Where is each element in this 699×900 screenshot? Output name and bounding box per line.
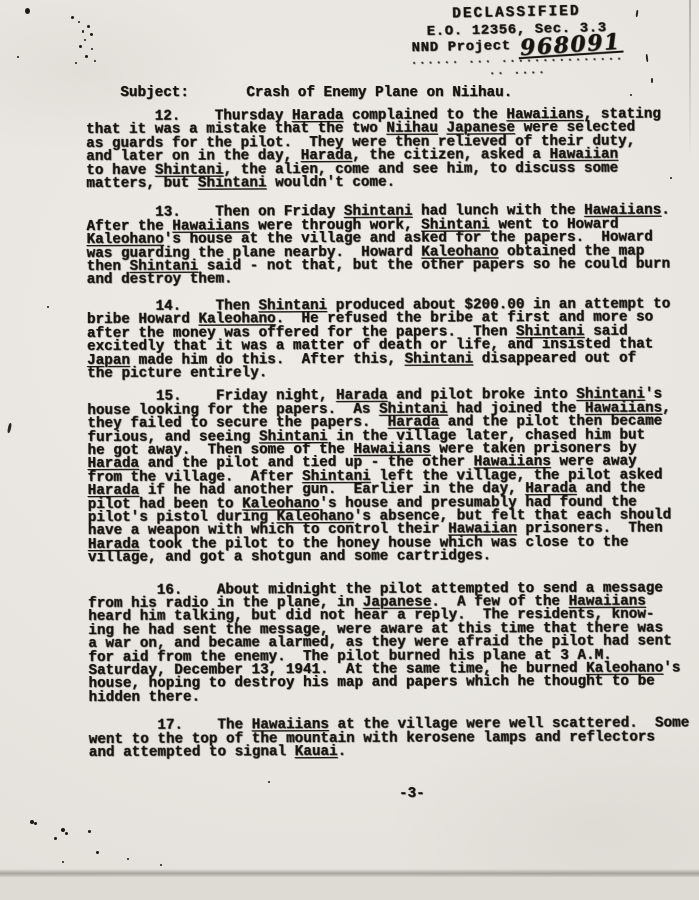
page-number: -3- <box>399 786 425 802</box>
ink-speck <box>85 55 88 58</box>
ink-speck <box>88 830 91 833</box>
subject-label: Subject: <box>120 86 246 100</box>
stamp-project-line: NND Project 968091 <box>408 36 626 57</box>
paper-edge-right <box>689 0 691 160</box>
ink-speck <box>160 864 162 866</box>
paragraph-17: 17. The Hawaiians at the village were we… <box>89 718 690 761</box>
ink-mark <box>651 78 653 83</box>
ink-speck <box>71 16 74 19</box>
ink-speck <box>75 62 77 64</box>
subject-value: Crash of Enemy Plane on Niihau. <box>246 85 512 101</box>
ink-speck <box>61 828 65 832</box>
paragraph-12: 12. Thursday Harada complained to the Ha… <box>86 108 687 191</box>
ink-speck <box>62 861 64 863</box>
ink-speck <box>78 21 80 23</box>
ink-speck <box>268 781 270 783</box>
ink-speck <box>34 822 37 825</box>
ink-speck <box>96 851 99 854</box>
paragraph-14: 14. Then Shintani produced about $200.00… <box>87 298 688 381</box>
declassified-stamp: DECLASSIFIED E.O. 12356, Sec. 3.3 NND Pr… <box>407 3 627 83</box>
scanned-document-page: DECLASSIFIED E.O. 12356, Sec. 3.3 NND Pr… <box>0 0 699 900</box>
ink-speck <box>630 94 632 96</box>
ink-speck <box>47 306 49 308</box>
ink-speck <box>54 837 57 840</box>
document-body: 12. Thursday Harada complained to the Ha… <box>86 108 689 760</box>
ink-mark <box>646 54 649 62</box>
ink-speck <box>87 25 90 28</box>
ink-speck <box>91 48 93 50</box>
ink-speck <box>127 858 129 860</box>
ink-speck <box>84 39 86 41</box>
ink-speck <box>79 45 82 48</box>
ink-mark <box>7 423 12 433</box>
stamp-project-label: NND Project <box>411 38 510 56</box>
paper-edge-bottom-shadow <box>0 869 699 877</box>
ink-speck <box>90 33 93 36</box>
paper-edge-bottom <box>0 877 699 900</box>
ink-speck <box>65 832 68 835</box>
ink-speck <box>82 30 84 33</box>
ink-speck <box>25 8 30 14</box>
ink-speck <box>94 60 96 62</box>
ink-speck <box>17 56 19 58</box>
paragraph-16: 16. About midnight the pilot attempted t… <box>88 582 689 705</box>
paragraph-15: 15. Friday night, Harada and pilot broke… <box>87 389 688 566</box>
ink-speck <box>670 177 672 179</box>
paragraph-13: 13. Then on Friday Shintani had lunch wi… <box>86 205 687 288</box>
ink-mark <box>636 10 639 17</box>
